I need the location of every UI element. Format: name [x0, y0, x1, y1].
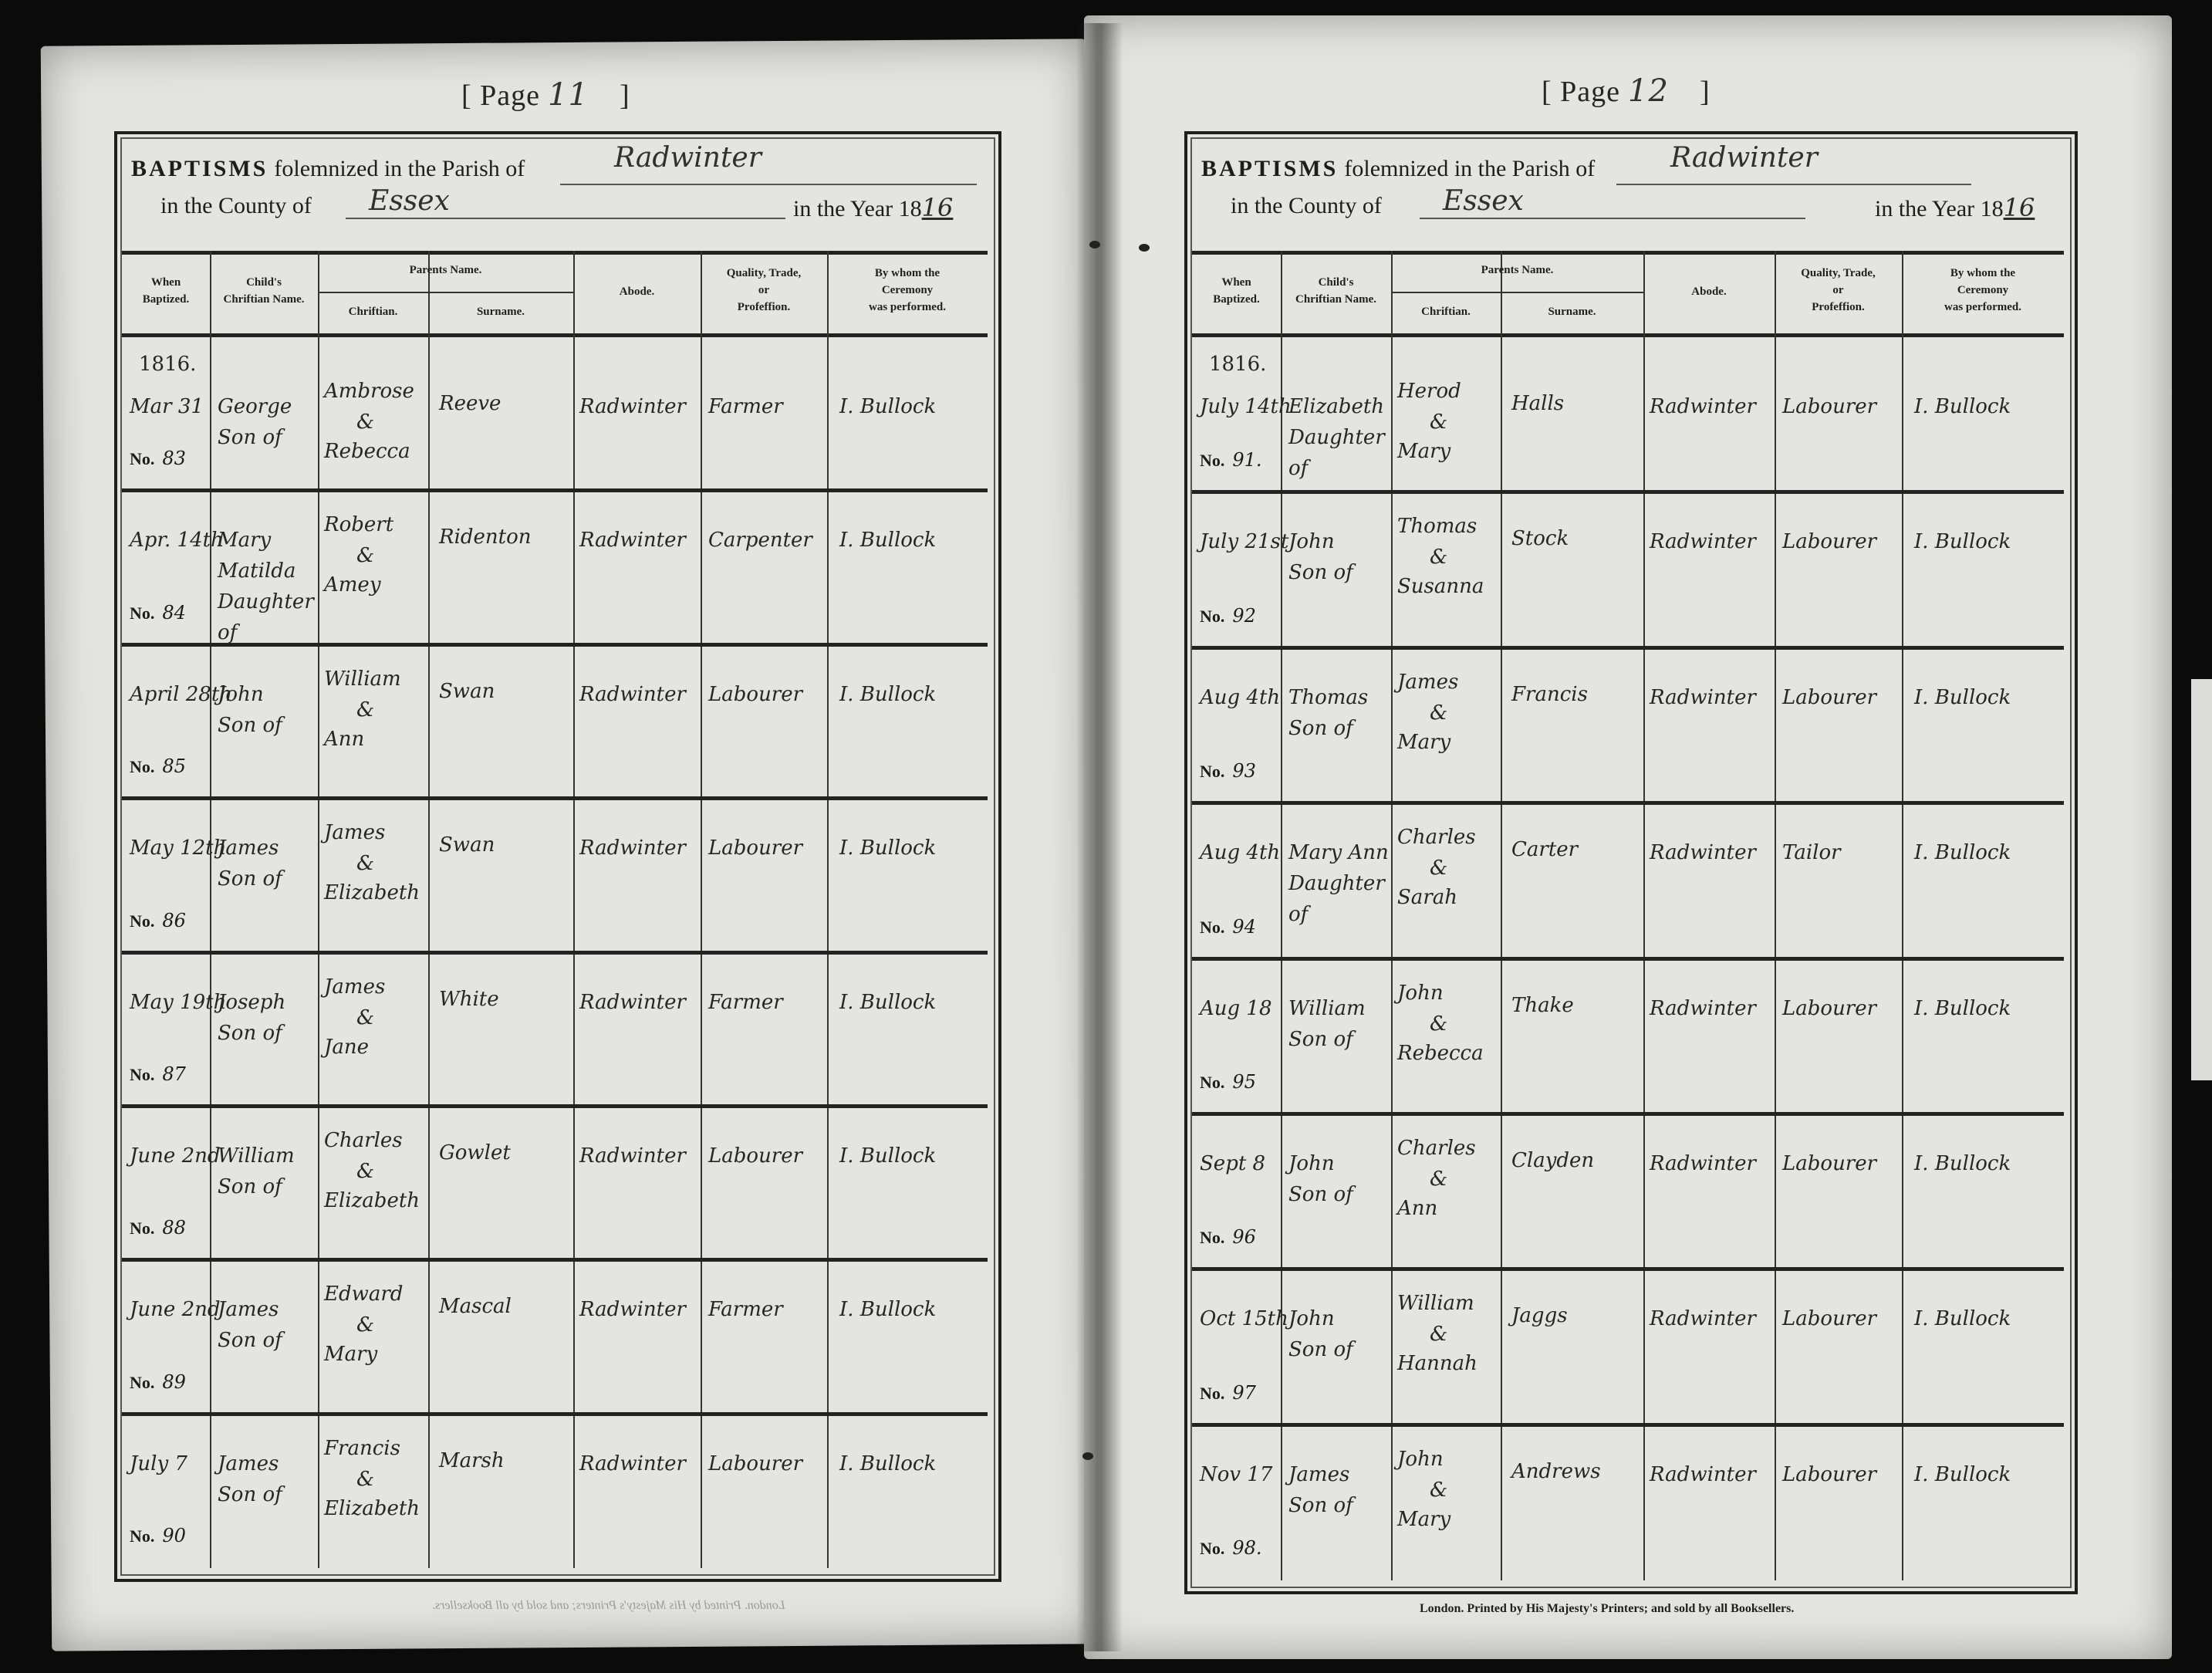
header-parents-name: Parents Name. [1391, 262, 1643, 279]
child-name-line: Mary [218, 523, 271, 557]
header-by-whom-line: By whom the [1902, 265, 2064, 282]
column-divider [1775, 251, 1776, 1580]
baptism-date: July 21st [1200, 525, 1288, 559]
child-name-line: Son of [218, 862, 282, 896]
header-parents-christian-line: Chriftian. [1391, 303, 1501, 320]
parent-surname: Clayden [1511, 1144, 1594, 1178]
header-when-baptized-line: When [122, 274, 210, 291]
entry-number: No.83 [130, 448, 186, 469]
entry-number-label: No. [1200, 918, 1224, 937]
parent-christian-line: Sarah [1397, 880, 1457, 914]
title-rest: folemnized in the Parish of [1344, 156, 1595, 181]
entry-number-value: 95 [1232, 1071, 1256, 1093]
parent-christian-line: Rebecca [1397, 1036, 1484, 1070]
child-name-line: Joseph [218, 985, 285, 1019]
page-label-prefix: [ Page [461, 79, 540, 112]
officiant: I. Bullock [839, 1447, 936, 1481]
abode: Radwinter [579, 1447, 686, 1481]
page-label-close: ] [1700, 76, 1711, 108]
parish-name-field: Radwinter [1670, 142, 1818, 174]
header-when-baptized: WhenBaptized. [1192, 274, 1281, 308]
parent-surname: Stock [1511, 522, 1569, 556]
year-label-text: in the Year 18 [793, 196, 922, 221]
parent-surname: Andrews [1511, 1455, 1601, 1489]
abode: Radwinter [579, 390, 686, 424]
column-divider [1902, 251, 1903, 1580]
parent-surname: Ridenton [439, 520, 532, 554]
column-divider [428, 251, 430, 1568]
header-quality-trade-line: or [701, 282, 827, 299]
column-divider [1501, 251, 1502, 1580]
year-label: in the Year 1816 [1875, 193, 2035, 222]
header-by-whom-line: Ceremony [1902, 282, 2064, 299]
parent-surname: Thake [1511, 989, 1574, 1022]
year-label: in the Year 1816 [793, 193, 953, 222]
header-parents-name-line: Parents Name. [318, 262, 573, 279]
entry-number-value: 87 [162, 1063, 186, 1085]
officiant: I. Bullock [1914, 525, 2011, 559]
parent-christian-line: James [324, 816, 385, 850]
parent-christian-line: Edward [324, 1277, 403, 1311]
column-divider [827, 251, 829, 1568]
entry-number-label: No. [1200, 762, 1224, 781]
entry-number-label: No. [1200, 1384, 1224, 1403]
entry-number: No.90 [130, 1525, 186, 1546]
parent-christian-line: Elizabeth [324, 1492, 420, 1526]
year-suffix-field: 16 [2004, 193, 2035, 222]
parent-surname: Francis [1511, 678, 1588, 711]
parent-surname: Reeve [439, 387, 501, 421]
abode: Radwinter [579, 523, 686, 557]
quality-trade: Labourer [1782, 1147, 1876, 1181]
entry-number: No.89 [130, 1371, 186, 1393]
header-parents-name-line: Parents Name. [1391, 262, 1643, 279]
officiant: I. Bullock [1914, 390, 2011, 424]
child-name-line: James [218, 831, 279, 865]
abode: Radwinter [579, 678, 686, 711]
abode: Radwinter [1650, 525, 1756, 559]
parent-christian-line: Francis [324, 1431, 400, 1465]
parent-christian-line: Charles [1397, 1131, 1476, 1165]
row-divider [122, 1412, 988, 1416]
header-abode-line: Abode. [573, 283, 701, 300]
column-divider [701, 251, 702, 1568]
parent-christian-line: John [1397, 1442, 1444, 1476]
header-when-baptized-line: Baptized. [122, 291, 210, 308]
quality-trade: Labourer [708, 1139, 802, 1173]
county-name-field: Essex [1443, 185, 1524, 217]
page-label: [ Page12] [1542, 73, 1711, 109]
entry-number-label: No. [130, 911, 154, 931]
parent-christian-line: Robert [324, 508, 393, 542]
parent-christian-line: Thomas [1397, 509, 1477, 543]
parent-christian-line: Charles [324, 1124, 403, 1158]
quality-trade: Labourer [1782, 525, 1876, 559]
baptism-date: Aug 18 [1200, 992, 1272, 1026]
entry-number: No.94 [1200, 916, 1256, 938]
parent-christian-line: Jane [324, 1030, 369, 1064]
child-name-line: James [218, 1447, 279, 1481]
row-divider [1192, 801, 2064, 805]
row-divider [122, 1104, 988, 1108]
baptism-date: Nov 17 [1200, 1458, 1272, 1492]
abode: Radwinter [579, 1139, 686, 1173]
year-heading: 1816. [1209, 347, 1266, 381]
parent-christian-line: James [324, 970, 385, 1004]
entry-number: No.93 [1200, 760, 1256, 782]
row-divider [122, 1258, 988, 1262]
entry-number: No.96 [1200, 1226, 1256, 1248]
parent-christian-line: Mary [324, 1337, 377, 1371]
parent-christian-line: Susanna [1397, 569, 1484, 603]
page-label-close: ] [620, 79, 630, 112]
parent-surname: Gowlet [439, 1136, 511, 1170]
abode: Radwinter [1650, 1302, 1756, 1336]
quality-trade: Labourer [1782, 1302, 1876, 1336]
abode: Radwinter [1650, 390, 1756, 424]
page-label-prefix: [ Page [1542, 76, 1620, 108]
binding-stitch-icon [1089, 241, 1100, 248]
entry-number: No.92 [1200, 605, 1256, 627]
child-name-line: Son of [1288, 1333, 1353, 1367]
child-name-line: Son of [218, 708, 282, 742]
baptism-date: June 2nd [130, 1139, 221, 1173]
entry-number: No.95 [1200, 1071, 1256, 1093]
entry-number-label: No. [1200, 1539, 1224, 1558]
row-divider [1192, 1267, 2064, 1271]
abode: Radwinter [579, 1293, 686, 1327]
officiant: I. Bullock [1914, 992, 2011, 1026]
header-top-rule [122, 251, 988, 255]
header-parents-surname: Surname. [1501, 303, 1643, 320]
child-name-line: Son of [218, 1323, 282, 1357]
row-divider [1192, 1423, 2064, 1427]
quality-trade: Labourer [708, 678, 802, 711]
child-name-line: John [1288, 1302, 1335, 1336]
quality-trade: Farmer [708, 985, 783, 1019]
child-name-line: William [218, 1139, 295, 1173]
header-abode: Abode. [1643, 283, 1775, 300]
header-by-whom-line: was performed. [1902, 299, 2064, 316]
column-divider [318, 251, 319, 1568]
year-heading: 1816. [139, 347, 196, 381]
parent-christian-line: John [1397, 976, 1444, 1010]
title-county-line: in the County of [1231, 193, 1382, 219]
parent-christian-line: William [324, 662, 401, 696]
quality-trade: Labourer [708, 831, 802, 865]
header-by-whom: By whom theCeremonywas performed. [1902, 265, 2064, 316]
entry-number: No.84 [130, 602, 186, 624]
header-child-name: Child'sChriftian Name. [1281, 274, 1391, 308]
parent-christian-line: Rebecca [324, 434, 410, 468]
entry-number-value: 88 [162, 1217, 186, 1239]
header-quality-trade-line: Profeffion. [1775, 299, 1902, 316]
binding-stitch-icon [1139, 244, 1150, 252]
header-abode: Abode. [573, 283, 701, 300]
header-abode-line: Abode. [1643, 283, 1775, 300]
header-parents-surname: Surname. [428, 303, 573, 320]
abode: Radwinter [1650, 992, 1756, 1026]
row-divider [122, 796, 988, 800]
child-name-line: Daughter [1288, 421, 1385, 455]
header-when-baptized-line: Baptized. [1192, 291, 1281, 308]
parent-surname: Swan [439, 828, 495, 862]
parent-surname: Carter [1511, 833, 1578, 867]
abode: Radwinter [1650, 681, 1756, 715]
entry-number: No.91. [1200, 449, 1262, 471]
child-name-line: Thomas [1288, 681, 1368, 715]
abode: Radwinter [1650, 1147, 1756, 1181]
baptism-date: July 7 [130, 1447, 187, 1481]
entry-number: No.87 [130, 1063, 186, 1085]
entry-number-label: No. [1200, 1073, 1224, 1092]
entry-number-label: No. [130, 1373, 154, 1392]
entry-number: No.97 [1200, 1382, 1256, 1404]
title-baptisms: BAPTISMS [131, 156, 268, 181]
county-name-field: Essex [369, 185, 450, 217]
child-name-line: of [1288, 451, 1308, 485]
entry-number-value: 98. [1232, 1537, 1261, 1559]
entry-number: No.86 [130, 910, 186, 931]
title-parish-line: BAPTISMSfolemnized in the Parish of [1201, 156, 1595, 182]
quality-trade: Labourer [1782, 992, 1876, 1026]
quality-trade: Labourer [708, 1447, 802, 1481]
parent-surname: Mascal [439, 1289, 512, 1323]
entry-number-value: 93 [1232, 760, 1256, 782]
baptism-date: June 2nd [130, 1293, 221, 1327]
row-divider [122, 488, 988, 492]
header-top-rule [1192, 251, 2064, 255]
header-quality-trade-line: Quality, Trade, [1775, 265, 1902, 282]
child-name-line: Son of [218, 1170, 282, 1204]
header-child-name-line: Chriftian Name. [1281, 291, 1391, 308]
column-divider [210, 251, 211, 1568]
entry-number-value: 84 [162, 602, 186, 624]
header-parents-christian-line: Chriftian. [318, 303, 428, 320]
child-name-line: Daughter [218, 585, 314, 619]
officiant: I. Bullock [839, 523, 936, 557]
quality-trade: Carpenter [708, 523, 812, 557]
county-label: in the County of [1231, 193, 1382, 218]
header-child-name-line: Chriftian Name. [210, 291, 318, 308]
entry-number-label: No. [1200, 451, 1224, 470]
child-name-line: Son of [218, 1478, 282, 1512]
child-name-line: William [1288, 992, 1366, 1026]
row-divider [122, 643, 988, 647]
parent-christian-line: Charles [1397, 820, 1476, 854]
year-suffix-field: 16 [922, 193, 954, 222]
parish-blank-line [560, 184, 977, 185]
header-by-whom-line: was performed. [827, 299, 988, 316]
officiant: I. Bullock [839, 985, 936, 1019]
parent-surname: Swan [439, 674, 495, 708]
entry-number-value: 92 [1232, 605, 1256, 627]
column-divider [573, 251, 575, 1568]
officiant: I. Bullock [1914, 836, 2011, 870]
entry-number-label: No. [130, 449, 154, 468]
column-divider [1281, 251, 1282, 1580]
parent-christian-line: Mary [1397, 725, 1450, 759]
header-bottom-rule [1192, 333, 2064, 337]
quality-trade: Labourer [1782, 1458, 1876, 1492]
header-by-whom-line: Ceremony [827, 282, 988, 299]
abode: Radwinter [1650, 836, 1756, 870]
printer-imprint: London. Printed by His Majesty's Printer… [1420, 1602, 1794, 1616]
entry-number-label: No. [130, 757, 154, 776]
parent-christian-line: Elizabeth [324, 876, 420, 910]
child-name-line: Matilda [218, 554, 295, 588]
parish-blank-line [1616, 184, 1971, 185]
baptism-date: Aug 4th [1200, 681, 1280, 715]
county-blank-line [1420, 218, 1805, 219]
baptism-date: Aug 4th [1200, 836, 1280, 870]
child-name-line: John [1288, 525, 1335, 559]
column-divider [1643, 251, 1645, 1580]
child-name-line: James [1288, 1458, 1349, 1492]
county-blank-line [346, 218, 785, 219]
child-name-line: John [218, 678, 264, 711]
header-child-name-line: Child's [1281, 274, 1391, 291]
title-rest: folemnized in the Parish of [274, 156, 525, 181]
entry-number: No.98. [1200, 1537, 1262, 1559]
officiant: I. Bullock [839, 831, 936, 865]
row-divider [1192, 957, 2064, 961]
row-divider [1192, 1112, 2064, 1116]
row-divider [1192, 646, 2064, 650]
parent-surname: Marsh [439, 1444, 505, 1478]
entry-number-value: 90 [162, 1525, 186, 1546]
parent-christian-line: Elizabeth [324, 1184, 420, 1218]
baptism-date: May 12th [130, 831, 226, 865]
page-number: 11 [548, 77, 589, 113]
parent-surname: White [439, 982, 499, 1016]
baptism-date: Sept 8 [1200, 1147, 1265, 1181]
entry-number-label: No. [130, 1065, 154, 1084]
page-number: 12 [1628, 73, 1669, 109]
officiant: I. Bullock [1914, 1302, 2011, 1336]
baptism-date: Mar 31 [130, 390, 204, 424]
child-name-line: Daughter [1288, 867, 1385, 901]
parent-christian-line: James [1397, 665, 1458, 699]
county-label: in the County of [160, 193, 312, 218]
entry-number-label: No. [130, 1526, 154, 1546]
child-name-line: Son of [1288, 711, 1353, 745]
entry-number-value: 97 [1232, 1382, 1256, 1404]
row-divider [122, 951, 988, 955]
parent-christian-line: Ambrose [324, 374, 414, 408]
entry-number: No.88 [130, 1217, 186, 1239]
officiant: I. Bullock [1914, 1458, 2011, 1492]
parent-christian-line: Ann [324, 722, 364, 756]
parent-christian-line: Mary [1397, 434, 1450, 468]
entry-number-label: No. [1200, 607, 1224, 626]
child-name-line: Elizabeth [1288, 390, 1384, 424]
title-baptisms: BAPTISMS [1201, 156, 1338, 181]
parent-christian-line: Mary [1397, 1502, 1450, 1536]
printer-imprint-showthrough: London. Printed by His Majesty's Printer… [432, 1599, 785, 1613]
header-parents-name: Parents Name. [318, 262, 573, 279]
child-name-line: Son of [1288, 1178, 1353, 1212]
child-name-line: Son of [218, 1016, 282, 1050]
header-parents-surname-line: Surname. [1501, 303, 1643, 320]
child-name-line: of [1288, 897, 1308, 931]
binding-stitch-icon [1082, 1452, 1093, 1460]
header-child-name: Child'sChriftian Name. [210, 274, 318, 308]
entry-number-value: 85 [162, 755, 186, 777]
abode: Radwinter [579, 831, 686, 865]
entry-number-value: 91. [1232, 449, 1261, 471]
parent-christian-line: Ann [1397, 1191, 1437, 1225]
book-gutter [1076, 23, 1123, 1651]
parent-surname: Halls [1511, 387, 1564, 421]
quality-trade: Farmer [708, 390, 783, 424]
header-quality-trade-line: Quality, Trade, [701, 265, 827, 282]
quality-trade: Farmer [708, 1293, 783, 1327]
entry-number: No.85 [130, 755, 186, 777]
entry-number-label: No. [130, 603, 154, 623]
header-quality-trade-line: Profeffion. [701, 299, 827, 316]
officiant: I. Bullock [1914, 681, 2011, 715]
abode: Radwinter [579, 985, 686, 1019]
header-quality-trade: Quality, Trade,orProfeffion. [1775, 265, 1902, 316]
parent-christian-line: William [1397, 1286, 1474, 1320]
row-divider [1192, 490, 2064, 494]
adjacent-page-edge [2191, 679, 2212, 1080]
header-parents-christian: Chriftian. [318, 303, 428, 320]
parent-christian-line: Herod [1397, 374, 1461, 408]
child-name-line: John [1288, 1147, 1335, 1181]
child-name-line: Son of [1288, 556, 1353, 590]
header-quality-trade: Quality, Trade,orProfeffion. [701, 265, 827, 316]
parent-christian-line: Amey [324, 568, 381, 602]
baptism-date: May 19th [130, 985, 226, 1019]
officiant: I. Bullock [839, 1139, 936, 1173]
officiant: I. Bullock [839, 390, 936, 424]
entry-number-value: 96 [1232, 1226, 1256, 1248]
header-bottom-rule [122, 333, 988, 337]
child-name-line: George [218, 390, 292, 424]
header-by-whom-line: By whom the [827, 265, 988, 282]
parent-christian-line: Hannah [1397, 1347, 1477, 1381]
header-when-baptized: WhenBaptized. [122, 274, 210, 308]
parent-surname: Jaggs [1511, 1299, 1568, 1333]
page-label: [ Page11] [461, 77, 630, 113]
entry-number-value: 94 [1232, 916, 1256, 938]
child-name-line: Son of [1288, 1489, 1353, 1523]
officiant: I. Bullock [839, 1293, 936, 1327]
title-county-line: in the County of [160, 193, 312, 219]
entry-number-value: 89 [162, 1371, 186, 1393]
header-child-name-line: Child's [210, 274, 318, 291]
header-parents-surname-line: Surname. [428, 303, 573, 320]
child-name-line: Son of [1288, 1022, 1353, 1056]
quality-trade: Labourer [1782, 390, 1876, 424]
officiant: I. Bullock [1914, 1147, 2011, 1181]
parents-subrule [318, 292, 573, 293]
entry-number-label: No. [1200, 1228, 1224, 1247]
entry-number-label: No. [130, 1218, 154, 1238]
year-label-text: in the Year 18 [1875, 196, 2004, 221]
entry-number-value: 86 [162, 910, 186, 931]
header-by-whom: By whom theCeremonywas performed. [827, 265, 988, 316]
abode: Radwinter [1650, 1458, 1756, 1492]
parish-name-field: Radwinter [614, 142, 762, 174]
header-parents-christian: Chriftian. [1391, 303, 1501, 320]
baptism-date: July 14th [1200, 390, 1292, 424]
baptism-date: Apr. 14th [130, 523, 224, 557]
child-name-line: Son of [218, 421, 282, 455]
parents-subrule [1391, 292, 1643, 293]
